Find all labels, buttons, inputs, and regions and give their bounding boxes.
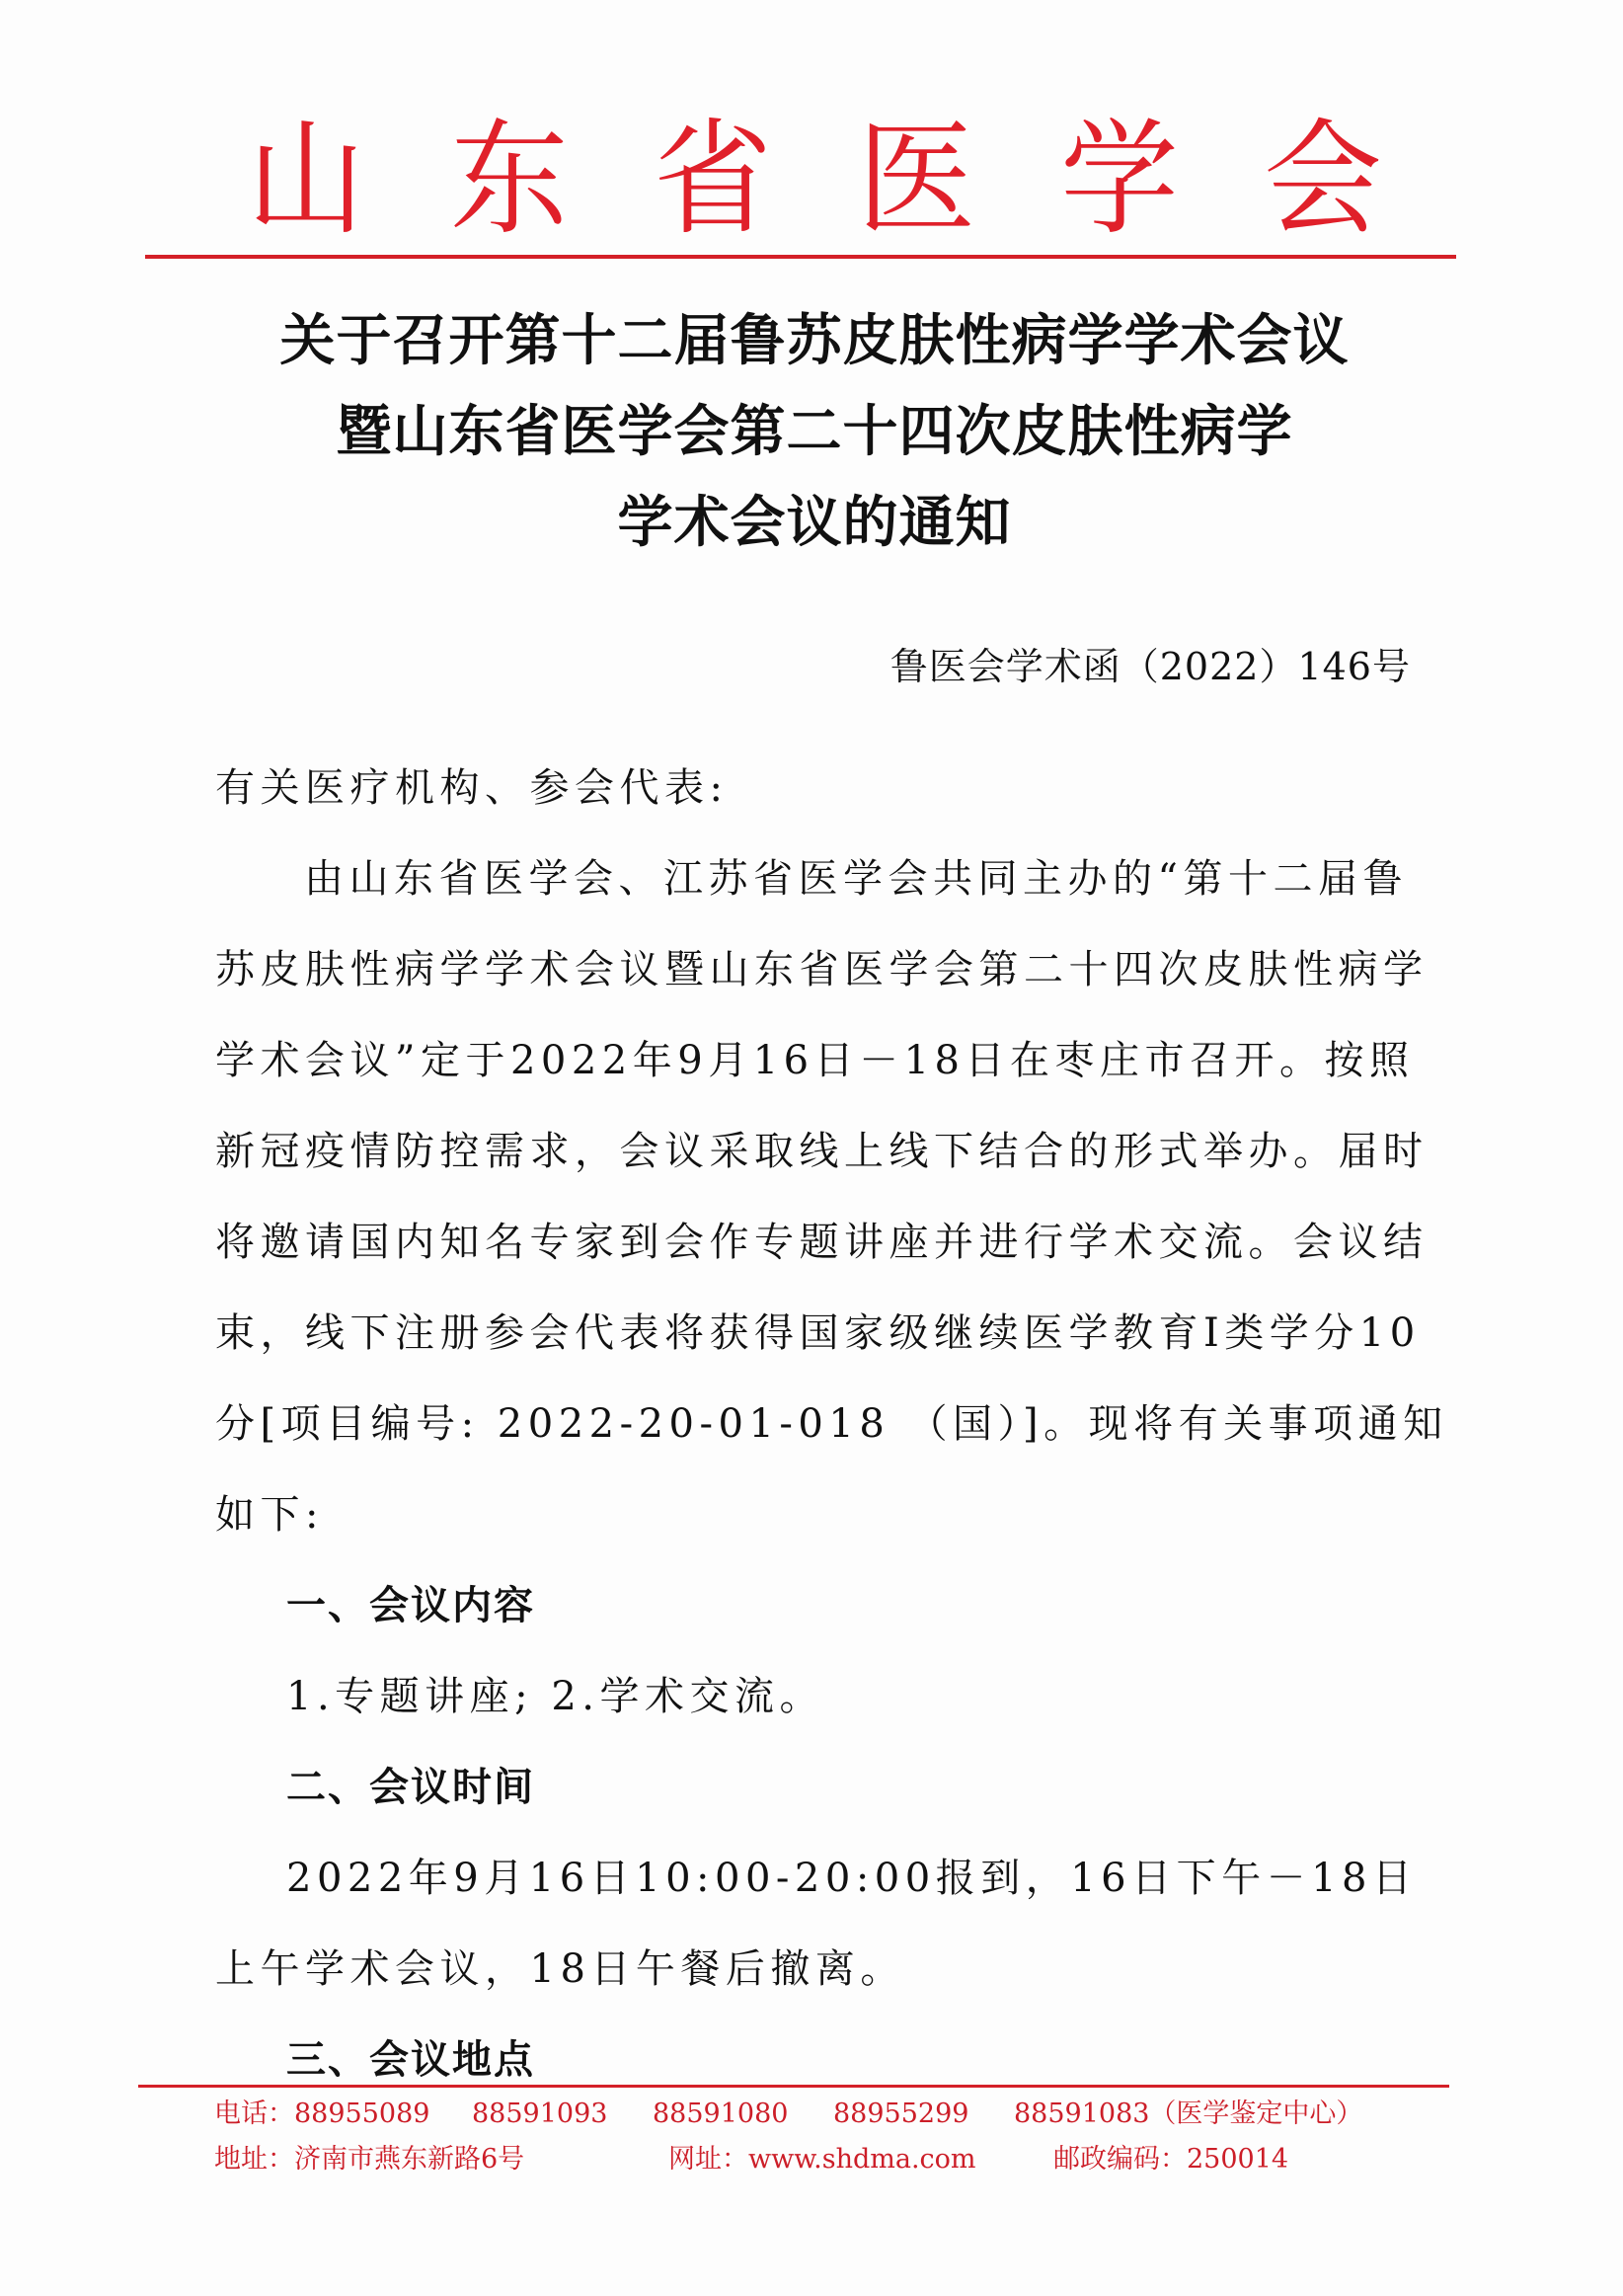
paragraph-line: 学术会议”定于2022年9月16日－18日在枣庄市召开。按照 [215,1015,1410,1106]
phone-number: 88591093 [472,2092,625,2137]
postcode: 邮政编码：250014 [1053,2137,1288,2182]
paragraph-line: 由山东省医学会、江苏省医学会共同主办的“第十二届鲁 [215,833,1410,924]
phone-number: 88955299 [833,2092,986,2137]
letterhead-org-name: 山 东 省 医 学 会 [237,117,1392,245]
paragraph-line: 将邀请国内知名专家到会作专题讲座并进行学术交流。会议结 [215,1197,1410,1288]
phone-number: 88591080 [653,2092,806,2137]
salutation: 有关医疗机构、参会代表: [215,743,1410,833]
paragraph-line: 苏皮肤性病学学术会议暨山东省医学会第二十四次皮肤性病学 [215,924,1410,1015]
title-line: 学术会议的通知 [158,478,1471,569]
section-heading-content: 一、会议内容 [215,1560,1410,1651]
document-title: 关于召开第十二届鲁苏皮肤性病学学术会议 暨山东省医学会第二十四次皮肤性病学 学术… [158,296,1471,569]
paragraph-line: 如下: [215,1469,1410,1560]
title-line: 关于召开第十二届鲁苏皮肤性病学学术会议 [158,296,1471,387]
document-body: 有关医疗机构、参会代表: 由山东省医学会、江苏省医学会共同主办的“第十二届鲁 苏… [215,743,1410,2105]
letterhead-char: 会 [1254,114,1392,249]
letterhead-char: 山 [237,114,375,249]
footer-divider [138,2085,1449,2088]
letterhead-char: 省 [644,114,782,249]
letterhead-char: 学 [1050,114,1189,249]
paragraph-line: 新冠疫情防控需求，会议采取线上线下结合的形式举办。届时 [215,1106,1410,1197]
footer-phone-row: 电话： 88955089 88591093 88591080 88955299 … [214,2092,1362,2137]
phone-number: 88591083（医学鉴定中心） [1014,2092,1362,2137]
address: 地址：济南市燕东新路6号 [214,2137,668,2182]
footer-address-row: 地址：济南市燕东新路6号 网址：www.shdma.com 邮政编码：25001… [214,2137,1362,2182]
section-content-line: 1.专题讲座; 2.学术交流。 [215,1651,1410,1742]
letterhead-divider [145,255,1456,259]
paragraph-line: 束，线下注册参会代表将获得国家级继续医学教育Ⅰ类学分10 [215,1288,1410,1379]
title-line: 暨山东省医学会第二十四次皮肤性病学 [158,387,1471,478]
section-time-line: 上午学术会议，18日午餐后撤离。 [215,1924,1410,2015]
letterhead-char: 东 [440,114,579,249]
section-heading-time: 二、会议时间 [215,1742,1410,1833]
letterhead-char: 医 [847,114,985,249]
phone-label: 电话： [214,2092,294,2137]
letterhead-footer: 电话： 88955089 88591093 88591080 88955299 … [214,2092,1362,2182]
phone-number: 88955089 [294,2092,442,2137]
document-number: 鲁医会学术函（2022）146号 [890,637,1411,696]
section-time-line: 2022年9月16日10:00-20:00报到，16日下午－18日 [215,1833,1410,1924]
website-link[interactable]: 网址：www.shdma.com [668,2137,1053,2182]
paragraph-line: 分[项目编号: 2022-20-01-018 （国）]。现将有关事项通知 [215,1379,1410,1469]
